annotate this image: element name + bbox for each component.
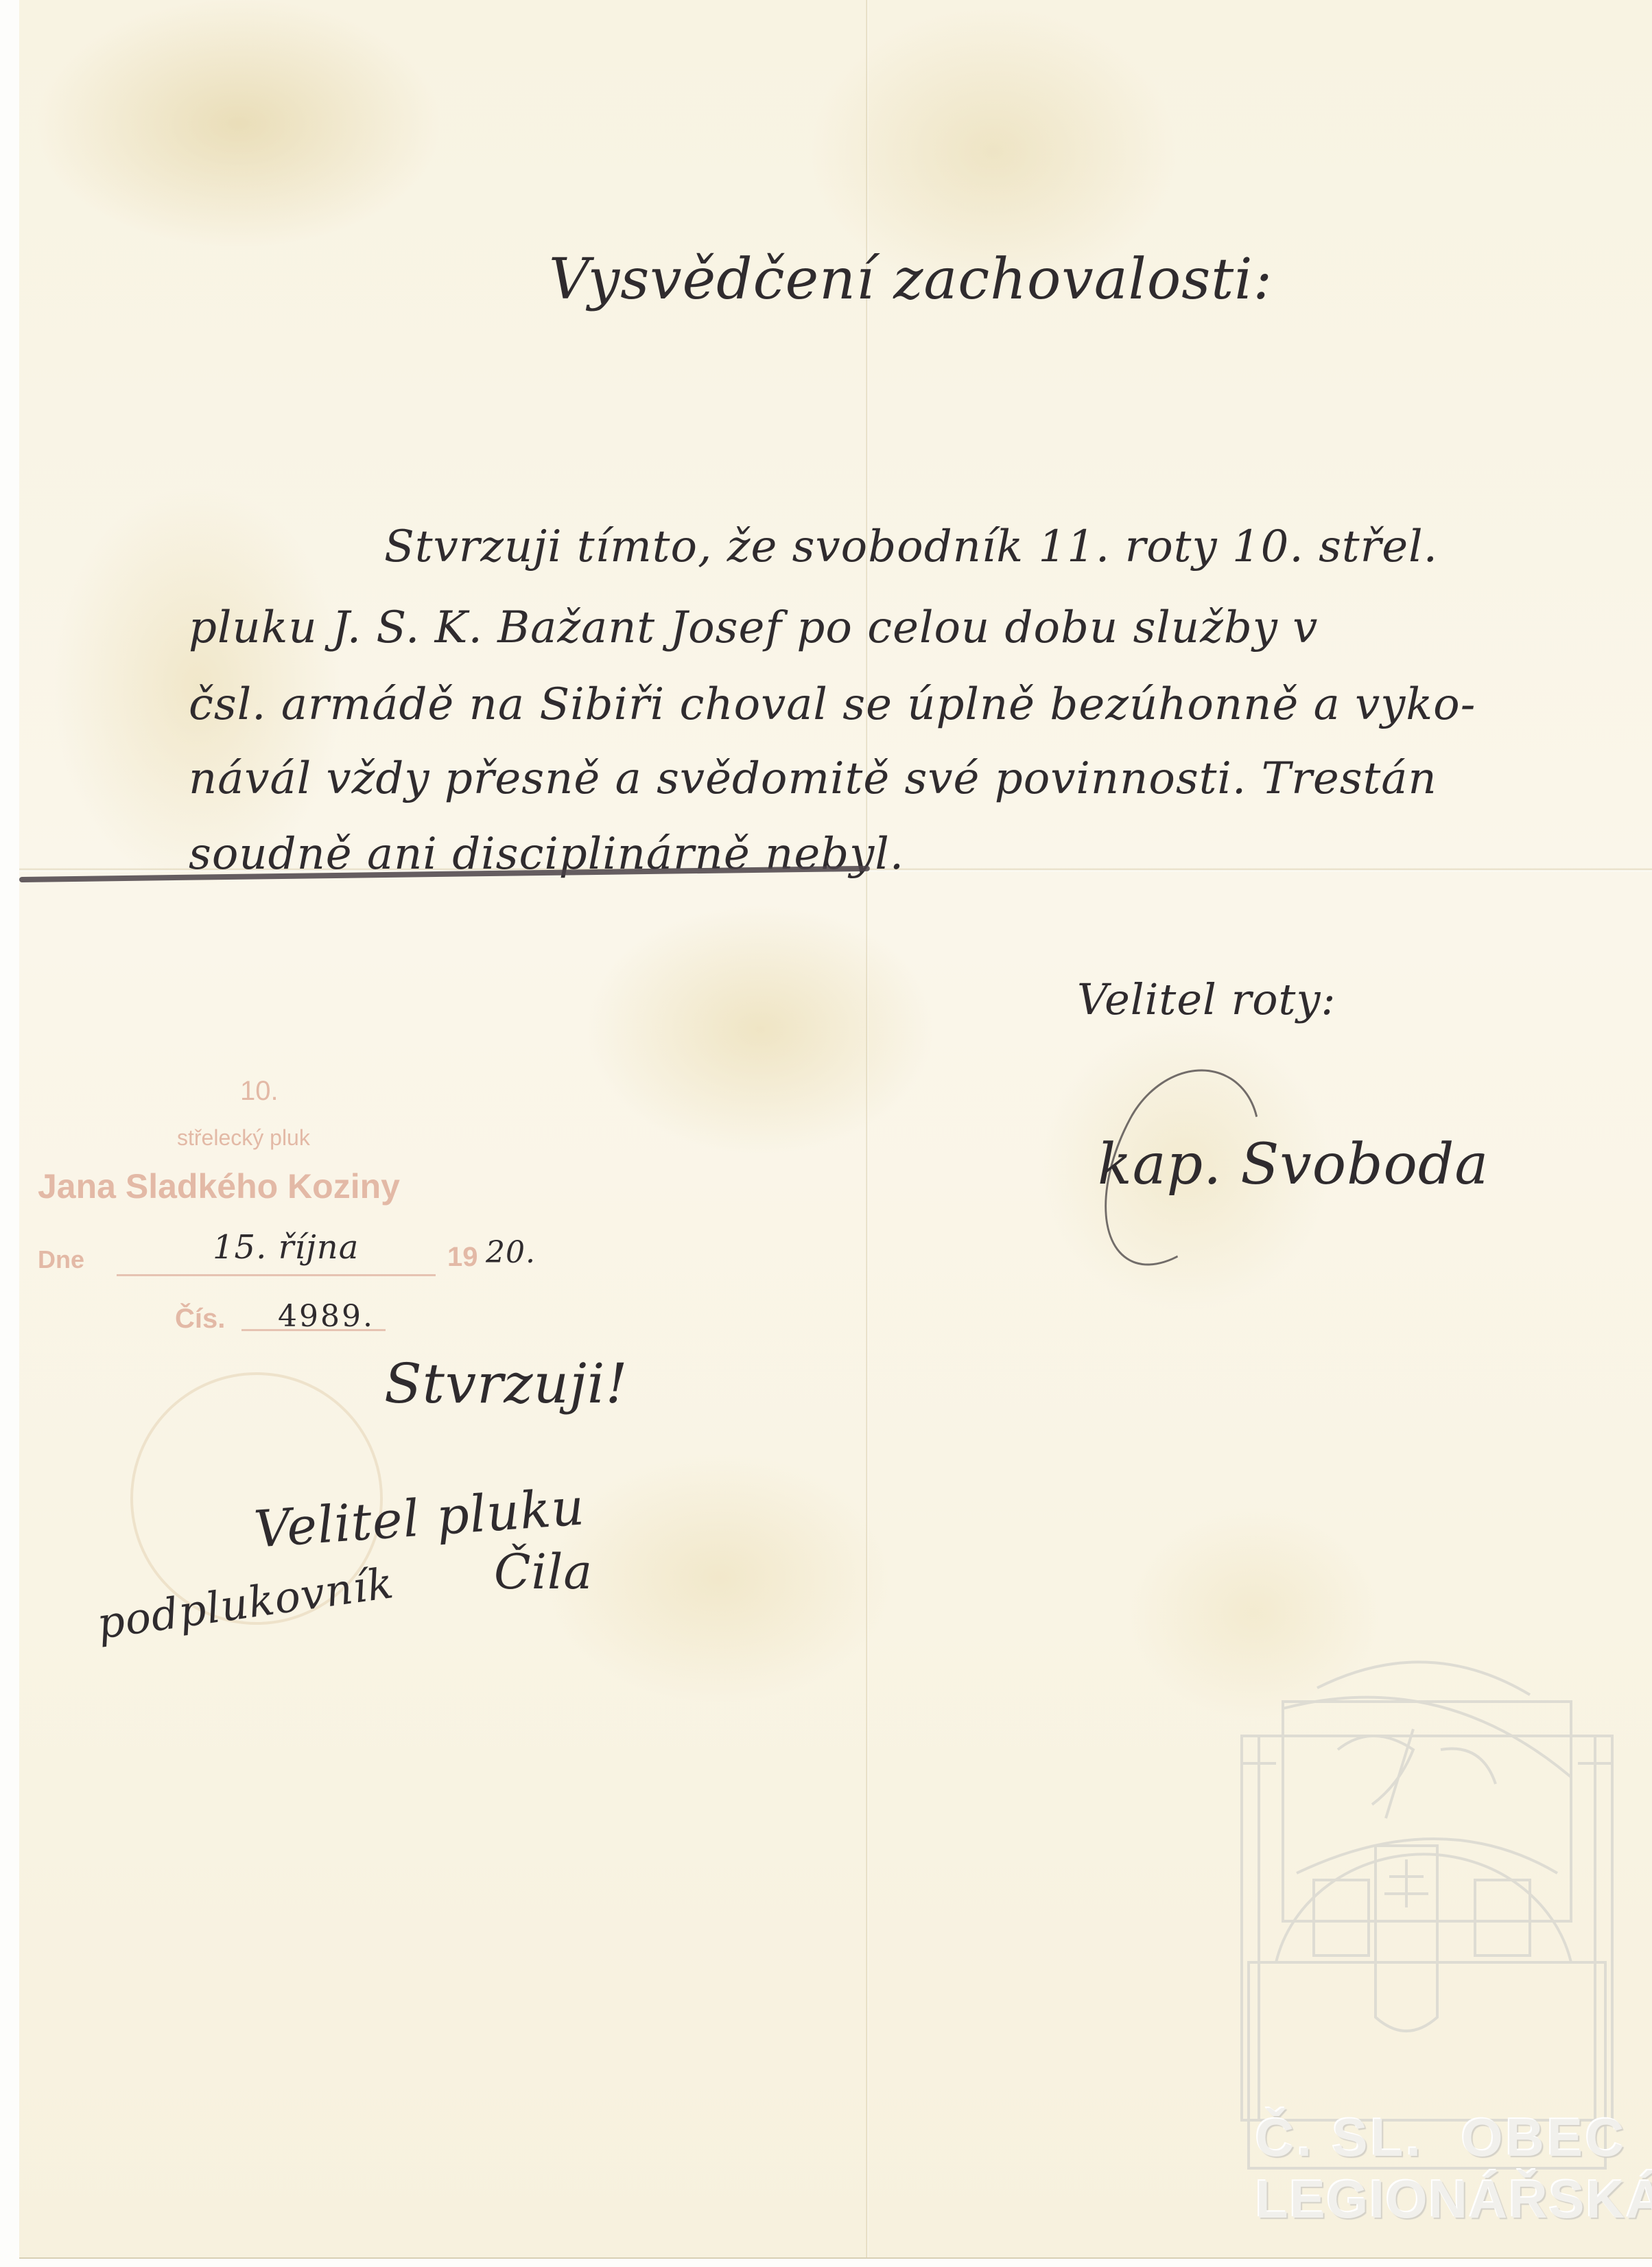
company-commander-label: Velitel roty: (1077, 974, 1336, 1024)
regiment-commander-confirm: Stvrzuji! (384, 1352, 628, 1416)
stamp-ref-number: 4989. (278, 1299, 375, 1334)
watermark-text-legionarska: LEGIONÁŘSKÁ (1255, 2168, 1652, 2231)
company-commander-signature: kap. Svoboda (1098, 1132, 1489, 1197)
stamp-date-rule (117, 1274, 436, 1276)
stamp-regiment-number: 10. (240, 1076, 279, 1107)
body-line-4: návál vždy přesně a svědomitě své povinn… (189, 753, 1437, 804)
watermark-text-csl: Č. SL. (1255, 2106, 1424, 2169)
body-line-3: čsl. armádě na Sibiři choval se úplně be… (189, 679, 1476, 730)
stamp-date-prefix: Dne (38, 1245, 84, 1274)
regiment-commander-signature: Čila (494, 1544, 593, 1600)
stamp-date-handwritten: 15. října (213, 1228, 359, 1267)
stamp-year-printed: 19 (447, 1242, 478, 1273)
stamp-ref-prefix: Čís. (175, 1304, 225, 1335)
stamp-year-handwritten: 20. (486, 1235, 536, 1270)
body-line-1: Stvrzuji tímto, že svobodník 11. roty 10… (384, 521, 1438, 572)
stamp-regiment-name: Jana Sladkého Koziny (38, 1166, 400, 1206)
document-title: Vysvědčení zachovalosti: (549, 247, 1273, 312)
stamp-regiment-type: střelecký pluk (177, 1125, 310, 1151)
watermark-text-obec: OBEC (1461, 2106, 1627, 2169)
vertical-fold-crease (866, 0, 869, 2257)
body-line-2: pluku J. S. K. Bažant Josef po celou dob… (189, 602, 1318, 653)
